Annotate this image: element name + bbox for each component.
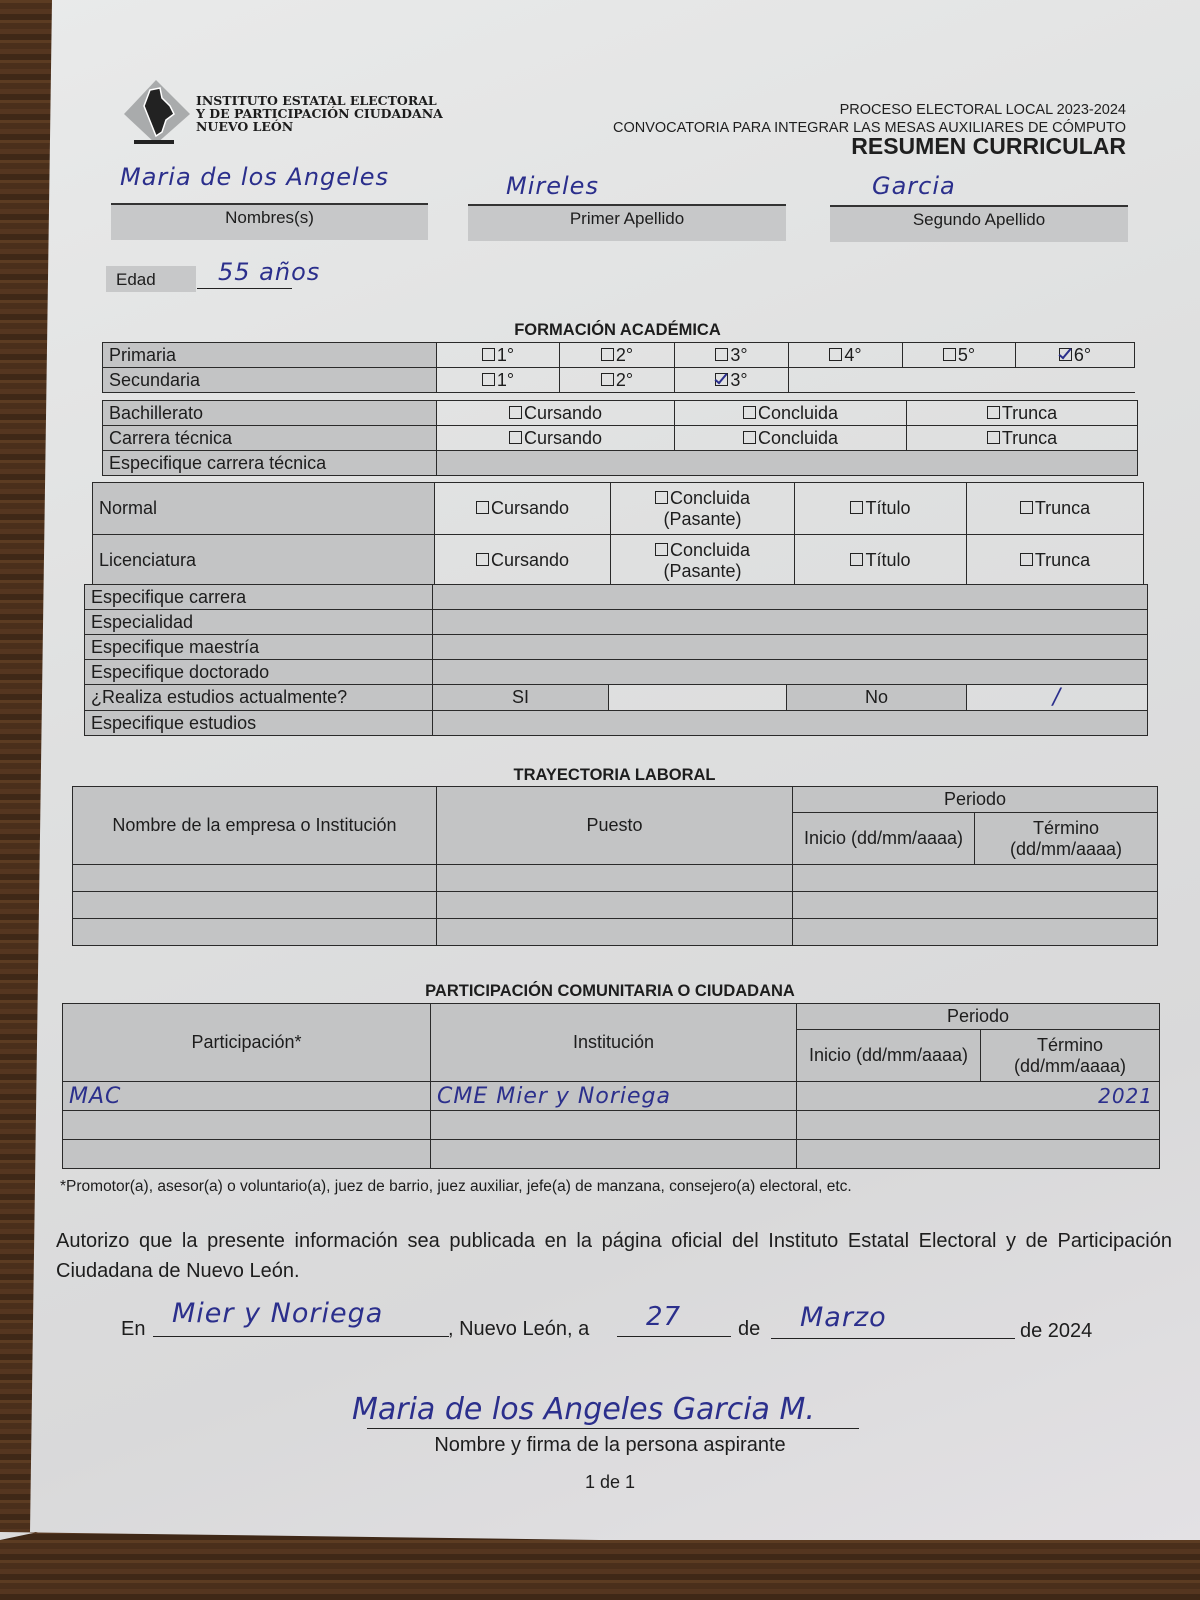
row-normal: Normal Cursando Concluida(Pasante) Títul… [93,483,1144,535]
row-especifique-tecnica: Especifique carrera técnica [103,451,1138,476]
row-secundaria: Secundaria 1° 2° 3° [103,368,1135,393]
lugar-value[interactable]: Mier y Noriega [172,1298,383,1329]
table-row[interactable] [73,865,437,892]
edad-underline [197,288,292,289]
signature[interactable]: Maria de los Angeles Garcia M. [352,1392,815,1427]
estado-label: , Nuevo León, a [448,1318,589,1341]
header-right: PROCESO ELECTORAL LOCAL 2023-2024 CONVOC… [613,101,1126,155]
checked-checkbox-icon [1059,348,1072,361]
si-label: SI [433,685,609,711]
nombres-field: Nombres(s) [111,203,428,240]
signature-label: Nombre y firma de la persona aspirante [300,1434,920,1457]
formacion-table-2: Bachillerato Cursando Concluida Trunca C… [102,400,1138,476]
especifique-carrera-input[interactable] [433,585,1148,610]
form-paper: INSTITUTO ESTATAL ELECTORAL Y DE PARTICI… [0,0,1200,1540]
especifique-estudios-input[interactable] [433,711,1148,736]
especialidad-input[interactable] [433,610,1148,635]
checked-checkbox-icon [715,373,728,386]
authorization-text: Autorizo que la presente información sea… [56,1226,1172,1286]
si-answer-cell[interactable] [609,685,787,711]
formacion-table: Primaria 1° 2° 3° 4° 5° 6° Secundaria 1°… [102,342,1135,393]
primer-apellido-field: Primer Apellido [468,204,786,241]
no-label: No [787,685,967,711]
nuevo-leon-map-logo-icon [120,76,192,148]
no-answer-mark[interactable]: / [967,685,1148,711]
table-row [63,1111,1160,1140]
page-number: 1 de 1 [300,1472,920,1493]
especifique-tecnica-input[interactable] [437,451,1138,476]
formacion-table-4: Especifique carrera Especialidad Especif… [84,584,1148,736]
table-row[interactable] [73,892,437,919]
checkbox-icon [601,348,614,361]
formacion-table-3: Normal Cursando Concluida(Pasante) Títul… [92,482,1144,587]
trayectoria-table: Nombre de la empresa o Institución Puest… [72,786,1158,946]
participacion-table: Participación* Institución Periodo Inici… [62,1003,1160,1169]
mes-value[interactable]: Marzo [800,1302,887,1333]
en-label: En [121,1318,145,1341]
edad-value[interactable]: 55 años [218,258,320,286]
checkbox-icon [715,348,728,361]
doctorado-input[interactable] [433,660,1148,685]
de-label: de [738,1318,760,1341]
table-row[interactable] [73,919,437,946]
maestria-input[interactable] [433,635,1148,660]
participacion-title: PARTICIPACIÓN COMUNITARIA O CIUDADANA [60,982,1160,1001]
row-bachillerato: Bachillerato Cursando Concluida Trunca [103,401,1138,426]
row-carrera-tecnica: Carrera técnica Cursando Concluida Trunc… [103,426,1138,451]
checkbox-icon [482,373,495,386]
checkbox-icon [482,348,495,361]
dia-value[interactable]: 27 [646,1302,681,1332]
page-title: RESUMEN CURRICULAR [613,137,1126,155]
institute-name: INSTITUTO ESTATAL ELECTORAL Y DE PARTICI… [196,94,443,133]
trayectoria-title: TRAYECTORIA LABORAL [72,766,1157,785]
segundo-apellido-field: Segundo Apellido [830,205,1128,242]
checkbox-icon [601,373,614,386]
primer-apellido-value[interactable]: Mireles [506,172,599,200]
row-estudios-actuales: ¿Realiza estudios actualmente? SI No / [85,685,1148,711]
row-licenciatura: Licenciatura Cursando Concluida(Pasante)… [93,535,1144,587]
formacion-title: FORMACIÓN ACADÉMICA [100,321,1135,340]
anio-label: de 2024 [1020,1320,1092,1343]
process-label: PROCESO ELECTORAL LOCAL 2023-2024 [613,101,1126,119]
nombres-value[interactable]: Maria de los Angeles [120,163,389,191]
table-row [63,1140,1160,1169]
row-primaria: Primaria 1° 2° 3° 4° 5° 6° [103,343,1135,368]
segundo-apellido-value[interactable]: Garcia [872,172,956,200]
checkbox-icon [829,348,842,361]
table-row: MAC CME Mier y Noriega 2021 [63,1082,1160,1111]
checkbox-icon [943,348,956,361]
edad-label: Edad [106,266,196,292]
footnote: *Promotor(a), asesor(a) o voluntario(a),… [60,1178,852,1196]
